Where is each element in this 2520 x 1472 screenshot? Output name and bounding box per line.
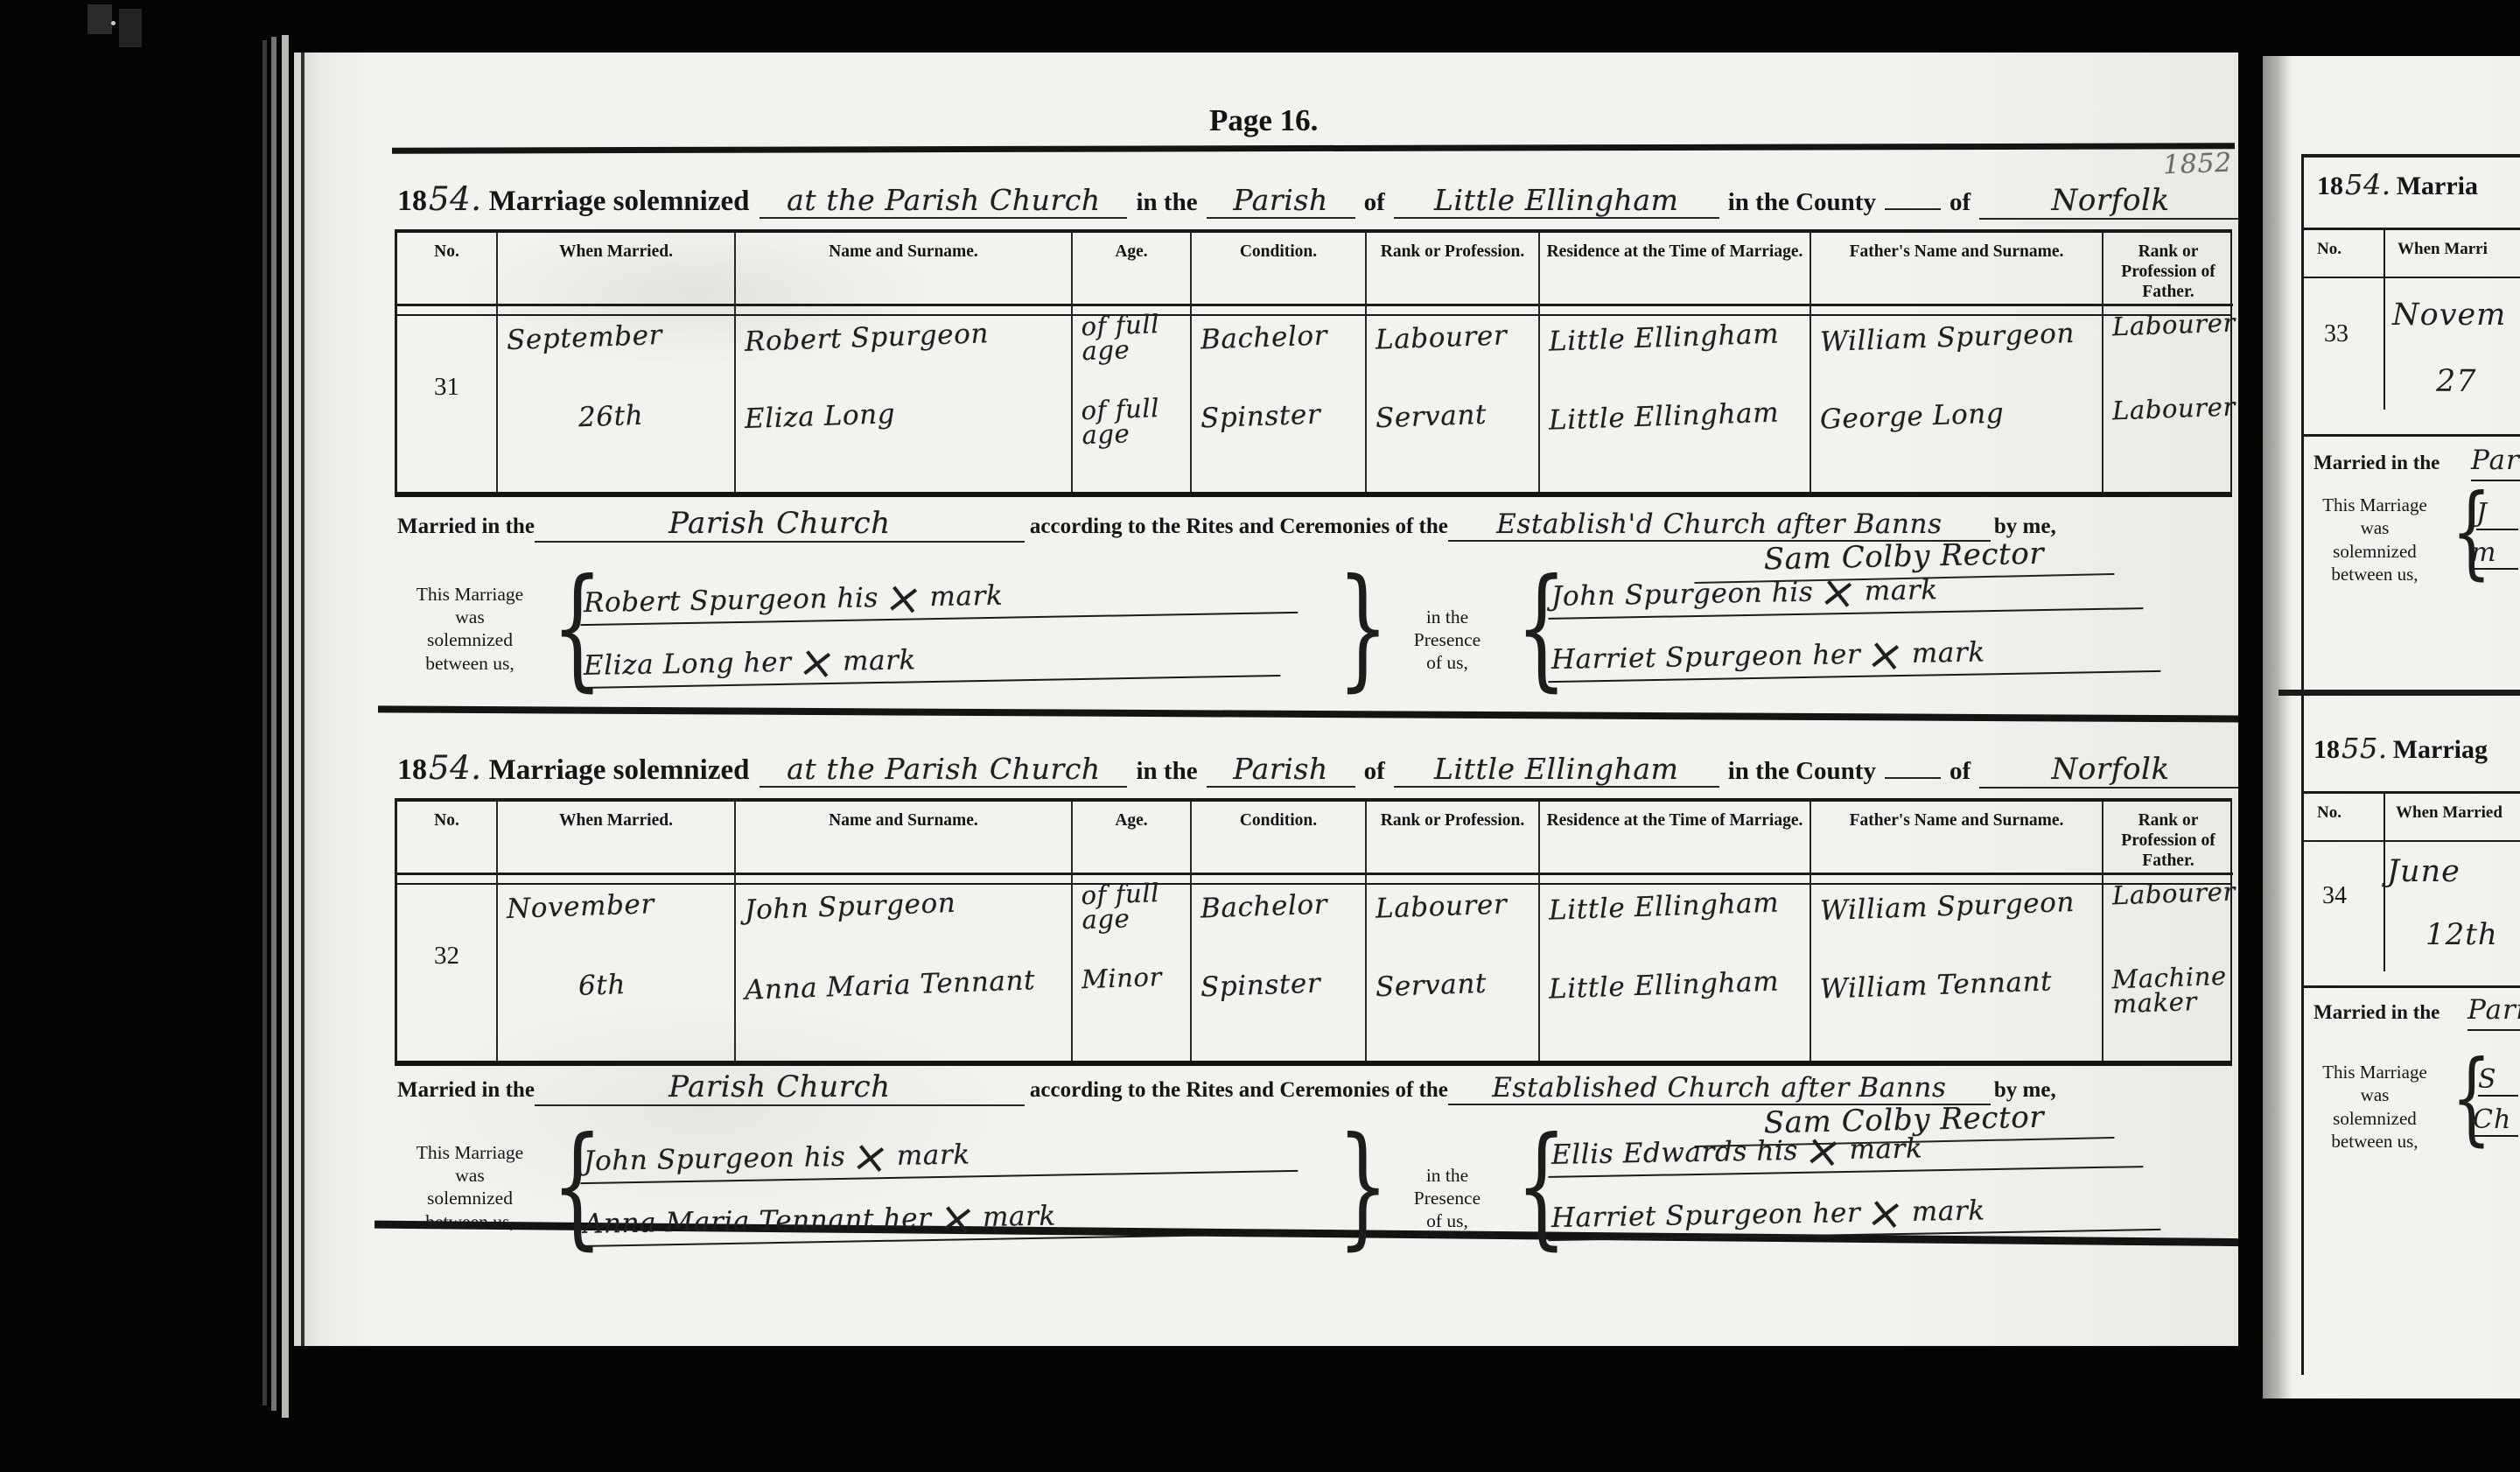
church-handwritten: Paris <box>2467 994 2520 1031</box>
heading-title-partial: Marria <box>2397 172 2478 201</box>
cell-rank: Labourer Servant <box>1367 875 1540 1061</box>
blank-line <box>1885 777 1941 779</box>
year-handwritten: 54. <box>429 180 482 218</box>
parish-handwritten: Parish <box>1207 183 1355 219</box>
table-rule <box>2303 791 2520 794</box>
heading-text: in the <box>1136 188 1197 217</box>
x-mark: × <box>1868 1211 1905 1216</box>
county-handwritten: Norfolk <box>1979 752 2238 789</box>
handwritten-entry: Bachelor <box>1200 888 1327 924</box>
label-line: solemnized <box>395 628 545 651</box>
label-line: This Marriage <box>2303 1061 2446 1083</box>
heading-text: in the <box>1136 757 1197 786</box>
year-prefix: 18 <box>2313 735 2340 765</box>
cell-when-married: September 26th <box>498 306 736 492</box>
witness-signature: Harriet Spurgeon her×mark <box>1548 1192 2161 1241</box>
signature-text: Anna Maria Tennant her <box>584 1202 932 1240</box>
register-table: No. When Married. Name and Surname. Age.… <box>395 798 2232 1066</box>
label-line: of us, <box>1382 1209 1513 1232</box>
label-line: This Marriage <box>395 583 545 606</box>
label-line: This Marriage <box>395 1141 545 1164</box>
church-handwritten: Parish Church <box>535 1069 1025 1106</box>
handwritten-entry: 26th <box>577 400 643 434</box>
column-header: Name and Surname. <box>736 233 1073 306</box>
label-line: in the <box>1382 1164 1513 1187</box>
this-marriage-label: This Marriage was solemnized between us, <box>2303 494 2446 585</box>
label-line: in the <box>1382 606 1513 628</box>
heading-text: in the County <box>1728 188 1876 217</box>
groom-name: John Spurgeon <box>744 887 955 926</box>
cell-father-name: William Spurgeon George Long <box>1811 306 2103 492</box>
signature-text: mark <box>1865 574 1939 606</box>
handwritten-entry: Labourer <box>2112 312 2235 340</box>
column-header: Age. <box>1073 802 1192 875</box>
cell-residence: Little Ellingham Little Ellingham <box>1540 875 1811 1061</box>
book-page-edge <box>271 37 276 1411</box>
table-rule <box>2303 228 2520 230</box>
handwritten-entry: Labourer <box>2112 396 2235 424</box>
label-line: between us, <box>395 1210 545 1233</box>
cell-father-name: William Spurgeon William Tennant <box>1811 875 2103 1061</box>
register-right-page-partial: 18 54. Marria No. When Marri 33 Novem 27… <box>2263 56 2520 1398</box>
cell-father-rank: Labourer Machine maker <box>2103 875 2233 1061</box>
married-in-label: Married in the <box>2313 452 2439 474</box>
bride-signature: Eliza Long her×mark <box>580 638 1281 689</box>
column-header: No. <box>397 233 498 306</box>
heading-text: of <box>1949 188 1970 217</box>
witness-signature: Ellis Edwards his×mark <box>1548 1129 2144 1178</box>
groom-signature: John Spurgeon his×mark <box>580 1133 1298 1184</box>
year-prefix: 18 <box>397 185 427 218</box>
heading-text: of <box>1364 757 1385 786</box>
record-heading: 18 54. Marriage solemnized at the Parish… <box>397 180 2238 220</box>
entry-number: 32 <box>397 942 496 971</box>
column-header: Rank or Profession. <box>1367 802 1540 875</box>
county-handwritten: Norfolk <box>1979 183 2238 220</box>
married-in-label: Married in the <box>397 515 535 539</box>
label-line: was <box>395 606 545 628</box>
handwritten-entry: Little Ellingham <box>1548 318 1779 357</box>
signature-fragment: S <box>2478 1064 2518 1097</box>
presence-label: in the Presence of us, <box>1382 1164 1513 1233</box>
column-line <box>2383 228 2385 410</box>
label-line: Presence <box>1382 628 1513 651</box>
groom-name: Robert Spurgeon <box>744 318 989 358</box>
church-handwritten: Parish Church <box>535 506 1025 543</box>
year-prefix: 18 <box>397 754 427 787</box>
married-in-line: Married in the Parish Church according t… <box>397 506 2056 543</box>
handwritten-entry: Bachelor <box>1200 319 1327 355</box>
column-header: Condition. <box>1192 802 1367 875</box>
handwritten-entry: Labourer <box>1375 888 1507 924</box>
signature-text: John Spurgeon his <box>584 1141 846 1177</box>
signature-text: mark <box>1912 1195 1986 1227</box>
x-mark: × <box>1805 1149 1842 1153</box>
blank-line <box>1885 208 1941 210</box>
scan-artifact <box>119 9 142 47</box>
label-line: This Marriage <box>2303 494 2446 516</box>
entry-number: 31 <box>397 373 496 402</box>
rites-handwritten: Established Church after Banns <box>1448 1072 1991 1105</box>
column-header: Rank or Profession of Father. <box>2103 802 2233 875</box>
column-header: Father's Name and Surname. <box>1811 233 2103 306</box>
page-number: Page 16. <box>1209 103 1318 138</box>
column-header: When Married. <box>498 802 736 875</box>
this-marriage-label: This Marriage was solemnized between us, <box>2303 1061 2446 1153</box>
rites-label: according to the Rites and Ceremonies of… <box>1030 515 1448 539</box>
column-header: Age. <box>1073 233 1192 306</box>
signature-text: mark <box>929 580 1004 613</box>
column-header: No. <box>397 802 498 875</box>
cell-when-married: November 6th <box>498 875 736 1061</box>
record-heading-partial: 18 55. Marriag <box>2313 732 2488 765</box>
handwritten-entry: Servant <box>1375 968 1487 1003</box>
signature-text: mark <box>1912 636 1986 669</box>
record-heading-partial: 18 54. Marria <box>2317 168 2478 201</box>
double-rule <box>2303 840 2520 842</box>
signature-text: John Spurgeon his <box>1551 577 1814 613</box>
book-page-edge <box>262 40 267 1405</box>
handwritten-entry: Labourer <box>2112 880 2235 908</box>
page-binding-line <box>301 53 304 1346</box>
signature-text: Ellis Edwards his <box>1551 1135 1799 1171</box>
signature-text: mark <box>983 1200 1057 1232</box>
married-in-label: Married in the <box>397 1078 535 1103</box>
scan-artifact <box>111 21 115 25</box>
x-mark: × <box>1868 653 1905 657</box>
parish-handwritten: Parish <box>1207 752 1355 788</box>
handwritten-entry: William Spurgeon <box>1819 318 2075 358</box>
year-handwritten: 54. <box>2345 168 2391 201</box>
column-header: Residence at the Time of Marriage. <box>1540 233 1811 306</box>
handwritten-entry: November <box>506 888 654 925</box>
column-header: Father's Name and Surname. <box>1811 802 2103 875</box>
label-line: solemnized <box>2303 540 2446 563</box>
register-scan: Page 16. 1852 18 54. Marriage solemnized… <box>0 0 2520 1472</box>
handwritten-entry: 12th <box>2425 917 2498 952</box>
handwritten-entry: Labourer <box>1375 319 1507 355</box>
signature-block: This Marriage was solemnized between us,… <box>395 1129 2232 1279</box>
x-mark: × <box>939 1216 976 1221</box>
section-divider <box>2278 690 2520 696</box>
parish-name-handwritten: Little Ellingham <box>1394 183 1719 219</box>
heading-text: of <box>1364 188 1385 217</box>
rule <box>392 143 2235 154</box>
cell-residence: Little Ellingham Little Ellingham <box>1540 306 1811 492</box>
signature-text: mark <box>1849 1132 1923 1165</box>
cell-number: 31 <box>397 306 498 492</box>
year-handwritten: 55. <box>2341 732 2388 765</box>
signature-text: Robert Spurgeon his <box>584 582 879 619</box>
witness-signature: Harriet Spurgeon her×mark <box>1548 634 2161 683</box>
column-header: Rank or Profession of Father. <box>2103 233 2233 306</box>
heading-text: in the County <box>1728 757 1876 786</box>
label-line: between us, <box>395 652 545 675</box>
entry-number: 34 <box>2322 882 2347 910</box>
cell-age: of full age of full age <box>1073 306 1192 492</box>
place-handwritten: at the Parish Church <box>759 183 1127 219</box>
table-rule <box>2303 434 2520 437</box>
handwritten-entry: June <box>2387 854 2460 889</box>
label-line: of us, <box>1382 651 1513 674</box>
handwritten-entry: of full age <box>1081 396 1193 447</box>
signature-text: mark <box>843 644 917 676</box>
handwritten-entry: 27 <box>2436 364 2477 399</box>
table-rule <box>2303 985 2520 988</box>
register-table: No. When Married. Name and Surname. Age.… <box>395 229 2232 497</box>
column-header: No. <box>2317 803 2341 823</box>
x-mark: × <box>1821 591 1858 595</box>
book-page-edge <box>282 35 289 1418</box>
handwritten-entry: William Tennant <box>1819 965 2052 1005</box>
this-marriage-label: This Marriage was solemnized between us, <box>395 1141 545 1233</box>
bride-name: Anna Maria Tennant <box>744 964 1035 1006</box>
x-mark: × <box>885 596 922 600</box>
heading-title: Marriage solemnized <box>489 754 750 787</box>
column-header: When Marri <box>2397 240 2488 259</box>
handwritten-entry: Servant <box>1375 399 1487 434</box>
column-header: When Married. <box>498 233 736 306</box>
parish-name-handwritten: Little Ellingham <box>1394 752 1719 788</box>
handwritten-entry: Spinster <box>1200 968 1320 1004</box>
cell-rank: Labourer Servant <box>1367 306 1540 492</box>
column-header: Rank or Profession. <box>1367 233 1540 306</box>
signature-text: Eliza Long her <box>584 647 792 682</box>
column-line <box>2383 791 2385 971</box>
column-header: Condition. <box>1192 233 1367 306</box>
handwritten-entry: 6th <box>577 969 626 1002</box>
label-line: between us, <box>2303 1130 2446 1153</box>
witness-signature: John Spurgeon his×mark <box>1548 571 2144 620</box>
cell-father-rank: Labourer Labourer <box>2103 306 2233 492</box>
place-handwritten: at the Parish Church <box>759 752 1127 788</box>
page-frame-line <box>2301 154 2304 1375</box>
label-line: was <box>2303 516 2446 539</box>
x-mark: × <box>799 661 836 665</box>
column-header: Residence at the Time of Marriage. <box>1540 802 1811 875</box>
heading-title: Marriage solemnized <box>489 186 750 218</box>
handwritten-entry: William Spurgeon <box>1819 887 2075 927</box>
handwritten-entry: Minor <box>1081 964 1193 992</box>
cell-condition: Bachelor Spinster <box>1192 875 1367 1061</box>
ink-bleed-ghost-text: 1852 <box>2162 148 2232 181</box>
label-line: between us, <box>2303 563 2446 585</box>
signature-fragment: J <box>2476 498 2518 530</box>
heading-text: of <box>1949 757 1970 786</box>
signature-fragment: m <box>2471 537 2518 570</box>
handwritten-entry: of full age <box>1081 880 1193 932</box>
label-line: was <box>2303 1083 2446 1106</box>
scan-artifact <box>87 4 112 34</box>
page-frame-line <box>2301 154 2520 158</box>
label-line: solemnized <box>2303 1107 2446 1130</box>
handwritten-entry: Machine maker <box>2111 964 2235 1017</box>
year-handwritten: 54. <box>429 749 482 787</box>
entry-number: 33 <box>2324 320 2348 348</box>
label-line: was <box>395 1164 545 1187</box>
married-in-label: Married in the <box>2313 1001 2439 1024</box>
cell-names: John Spurgeon Anna Maria Tennant <box>736 875 1073 1061</box>
x-mark: × <box>853 1155 890 1160</box>
cell-names: Robert Spurgeon Eliza Long <box>736 306 1073 492</box>
handwritten-entry: Novem <box>2392 298 2506 333</box>
label-line: solemnized <box>395 1187 545 1209</box>
handwritten-entry: Little Ellingham <box>1548 965 1779 1005</box>
signature-text: Harriet Spurgeon her <box>1551 639 1861 676</box>
presence-label: in the Presence of us, <box>1382 606 1513 675</box>
handwritten-entry: September <box>506 319 662 356</box>
signature-fragment: Ch <box>2473 1104 2518 1137</box>
column-header: Name and Surname. <box>736 802 1073 875</box>
double-rule <box>2303 277 2520 278</box>
handwritten-entry: Little Ellingham <box>1548 887 1779 926</box>
cell-condition: Bachelor Spinster <box>1192 306 1367 492</box>
cell-age: of full age Minor <box>1073 875 1192 1061</box>
record-heading: 18 54. Marriage solemnized at the Parish… <box>397 749 2238 789</box>
cell-number: 32 <box>397 875 498 1061</box>
column-header: When Married <box>2396 803 2520 823</box>
bride-signature: Anna Maria Tennant her×mark <box>580 1196 1281 1247</box>
rites-handwritten: Establish'd Church after Banns <box>1448 508 1991 542</box>
year-prefix: 18 <box>2317 172 2343 201</box>
column-header: No. <box>2317 240 2341 259</box>
bride-name: Eliza Long <box>744 398 895 435</box>
groom-signature: Robert Spurgeon his×mark <box>580 575 1298 626</box>
signature-text: mark <box>897 1139 971 1171</box>
this-marriage-label: This Marriage was solemnized between us, <box>395 583 545 675</box>
married-in-line: Married in the Parish Church according t… <box>397 1069 2056 1106</box>
signature-block: This Marriage was solemnized between us,… <box>395 571 2232 721</box>
register-left-page: Page 16. 1852 18 54. Marriage solemnized… <box>294 53 2238 1346</box>
label-line: Presence <box>1382 1187 1513 1209</box>
rites-label: according to the Rites and Ceremonies of… <box>1030 1078 1448 1103</box>
heading-title-partial: Marriag <box>2393 735 2488 765</box>
signature-text: Harriet Spurgeon her <box>1551 1197 1861 1234</box>
handwritten-entry: Little Ellingham <box>1548 396 1779 436</box>
handwritten-entry: Spinster <box>1200 399 1320 435</box>
handwritten-entry: George Long <box>1819 397 2004 435</box>
handwritten-entry: of full age <box>1081 312 1193 363</box>
